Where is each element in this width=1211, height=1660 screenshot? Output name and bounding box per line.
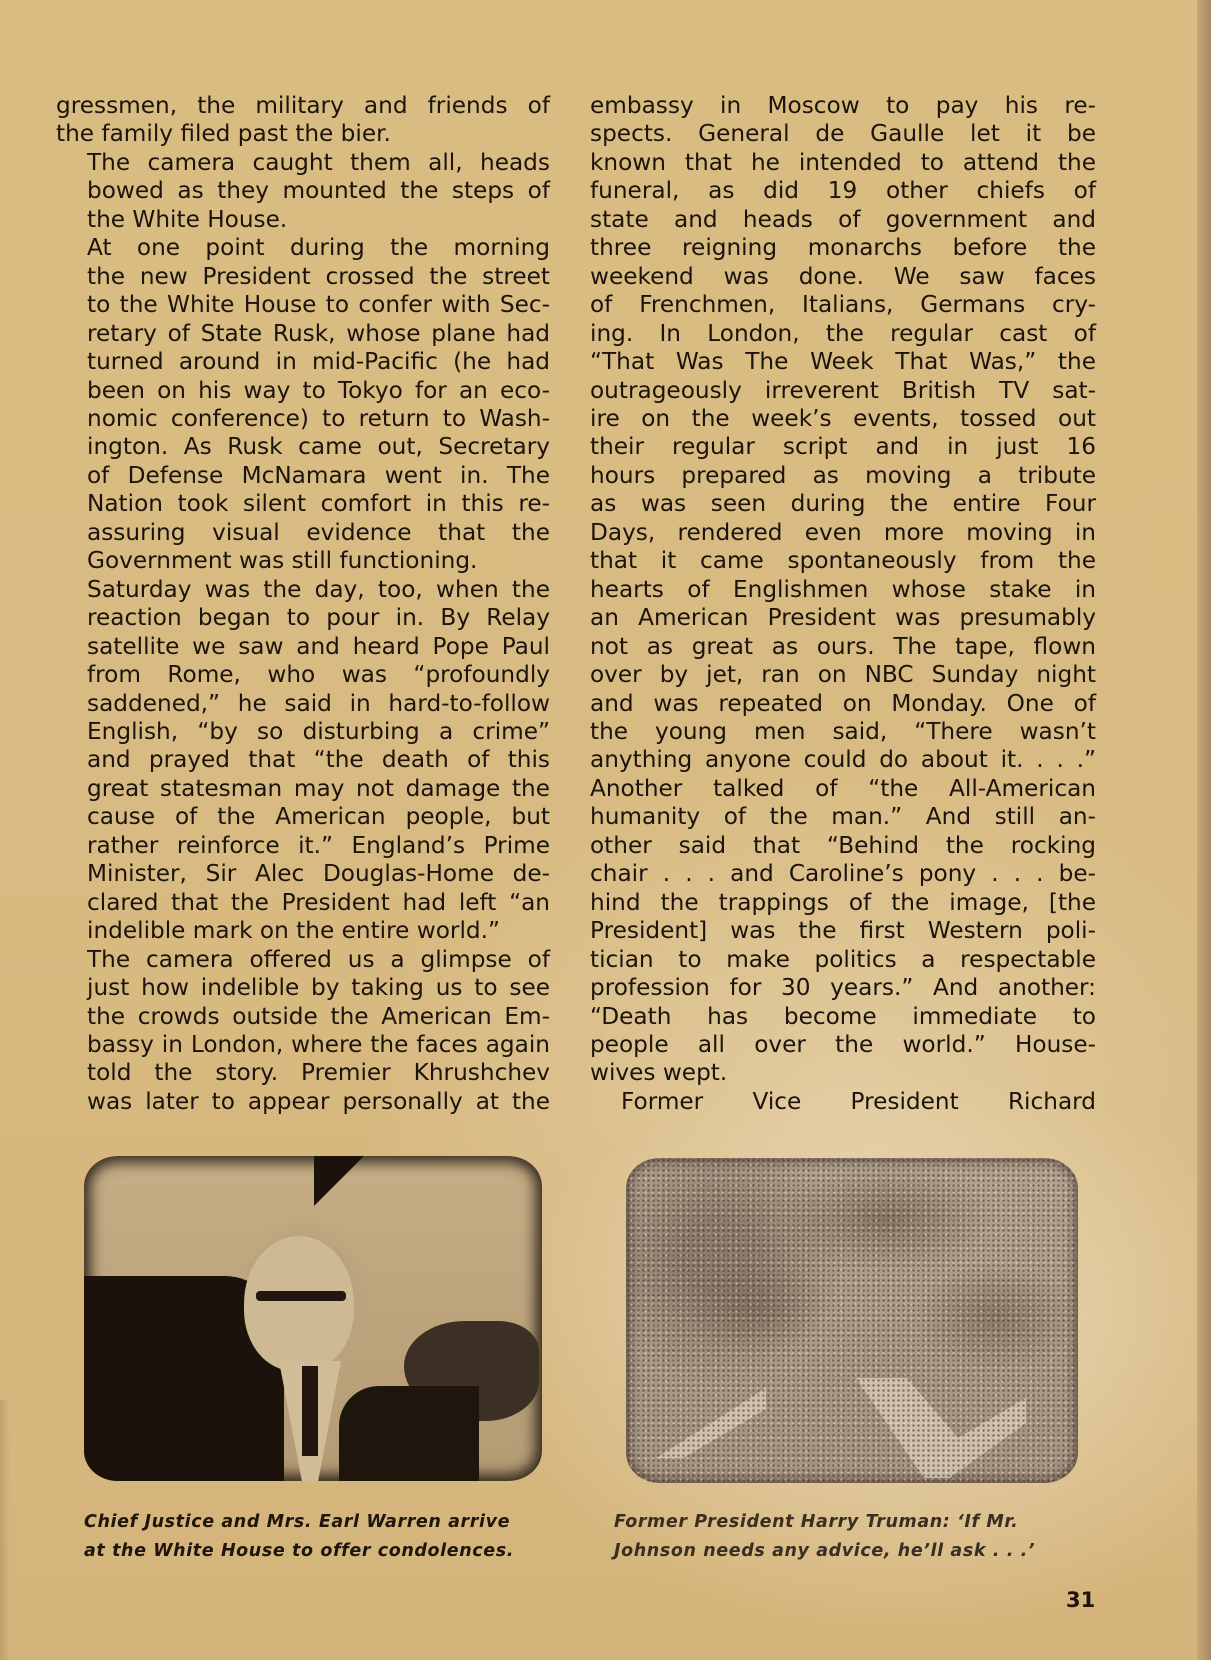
text-line: retary of State Rusk, whose plane had: [56, 320, 550, 348]
text-line: and was repeated on Monday. One of: [590, 690, 1096, 718]
paragraph: Saturday was the day, too, when the reac…: [56, 576, 550, 946]
photo-harry-truman-tv-screen: [626, 1158, 1078, 1483]
text-line: “Death has become immediate to: [590, 1003, 1096, 1031]
text-line: of Frenchmen, Italians, Germans cry-: [590, 291, 1096, 319]
paragraph: Former Vice President Richard: [590, 1088, 1096, 1116]
text-line: of Defense McNamara went in. The: [56, 462, 550, 490]
page-edge-left: [0, 1400, 10, 1660]
text-line: saddened,” he said in hard-to-follow: [56, 690, 550, 718]
text-line: and prayed that “the death of this: [56, 746, 550, 774]
text-line: embassy in Moscow to pay his re-: [590, 92, 1096, 120]
text-line: hind the trappings of the image, [the: [590, 889, 1096, 917]
text-line: assuring visual evidence that the: [56, 519, 550, 547]
text-line: turned around in mid-Pacific (he had: [56, 348, 550, 376]
photo-grain: [626, 1158, 1078, 1483]
text-line: funeral, as did 19 other chiefs of: [590, 177, 1096, 205]
page-edge-right: [1197, 0, 1211, 1660]
right-text-column: embassy in Moscow to pay his re- spects.…: [590, 92, 1096, 1116]
page-number: 31: [1066, 1588, 1095, 1612]
left-text-column: gressmen, the military and friends of th…: [56, 92, 550, 1116]
text-line: cause of the American people, but: [56, 803, 550, 831]
photo-shape: [256, 1291, 346, 1301]
text-line: been on his way to Tokyo for an eco-: [56, 377, 550, 405]
text-line: their regular script and in just 16: [590, 433, 1096, 461]
text-line: humanity of the man.” And still an-: [590, 803, 1096, 831]
text-line: as was seen during the entire Four: [590, 490, 1096, 518]
text-line: from Rome, who was “profoundly: [56, 661, 550, 689]
text-line: an American President was presumably: [590, 604, 1096, 632]
text-line: At one point during the morning: [56, 234, 550, 262]
text-line: the White House.: [56, 206, 550, 234]
text-line: ire on the week’s events, tossed out: [590, 405, 1096, 433]
text-line: Minister, Sir Alec Douglas-Home de-: [56, 860, 550, 888]
text-line: known that he intended to attend the: [590, 149, 1096, 177]
text-line: ington. As Rusk came out, Secretary: [56, 433, 550, 461]
photo-caption-left: Chief Justice and Mrs. Earl Warren arriv…: [84, 1508, 564, 1566]
photo-earl-warren-tv-screen: [84, 1156, 542, 1481]
text-line: “That Was The Week That Was,” the: [590, 348, 1096, 376]
text-line: reaction began to pour in. By Relay: [56, 604, 550, 632]
caption-line: Chief Justice and Mrs. Earl Warren arriv…: [84, 1508, 564, 1537]
text-line: the young men said, “There wasn’t: [590, 718, 1096, 746]
text-line: other said that “Behind the rocking: [590, 832, 1096, 860]
photo-shape: [302, 1366, 318, 1456]
text-line: bowed as they mounted the steps of: [56, 177, 550, 205]
text-line: chair . . . and Caroline’s pony . . . be…: [590, 860, 1096, 888]
caption-line: Johnson needs any advice, he’ll ask . . …: [614, 1537, 1094, 1566]
paragraph: gressmen, the military and friends of th…: [56, 92, 550, 149]
text-line: Saturday was the day, too, when the: [56, 576, 550, 604]
magazine-page: gressmen, the military and friends of th…: [0, 0, 1211, 1660]
photo-shape: [314, 1156, 364, 1206]
text-line: was later to appear personally at the: [56, 1088, 550, 1116]
text-line: Former Vice President Richard: [590, 1088, 1096, 1116]
paragraph: The camera offered us a glimpse of just …: [56, 946, 550, 1117]
text-line: Days, rendered even more moving in: [590, 519, 1096, 547]
text-line: The camera offered us a glimpse of: [56, 946, 550, 974]
caption-line: Former President Harry Truman: ‘If Mr.: [614, 1508, 1094, 1537]
photo-shape: [244, 1236, 354, 1371]
text-line: the crowds outside the American Em-: [56, 1003, 550, 1031]
text-line: spects. General de Gaulle let it be: [590, 120, 1096, 148]
text-line: three reigning monarchs before the: [590, 234, 1096, 262]
text-line: Nation took silent comfort in this re-: [56, 490, 550, 518]
text-line: Another talked of “the All-American: [590, 775, 1096, 803]
text-line: clared that the President had left “an: [56, 889, 550, 917]
text-line: tician to make politics a respectable: [590, 946, 1096, 974]
text-line: President] was the first Western poli-: [590, 917, 1096, 945]
text-line: to the White House to confer with Sec-: [56, 291, 550, 319]
text-line: not as great as ours. The tape, flown: [590, 633, 1096, 661]
text-line: just how indelible by taking us to see: [56, 974, 550, 1002]
text-line: outrageously irreverent British TV sat-: [590, 377, 1096, 405]
text-line: that it came spontaneously from the: [590, 547, 1096, 575]
text-line: Government was still functioning.: [56, 547, 550, 575]
text-line: weekend was done. We saw faces: [590, 263, 1096, 291]
text-line: English, “by so disturbing a crime”: [56, 718, 550, 746]
text-line: great statesman may not damage the: [56, 775, 550, 803]
text-line: told the story. Premier Khrushchev: [56, 1059, 550, 1087]
text-line: wives wept.: [590, 1059, 1096, 1087]
text-line: ing. In London, the regular cast of: [590, 320, 1096, 348]
text-line: profession for 30 years.” And another:: [590, 974, 1096, 1002]
text-line: the family filed past the bier.: [56, 120, 550, 148]
text-line: rather reinforce it.” England’s Prime: [56, 832, 550, 860]
paragraph: embassy in Moscow to pay his re- spects.…: [590, 92, 1096, 1088]
text-line: indelible mark on the entire world.”: [56, 917, 550, 945]
text-line: bassy in London, where the faces again: [56, 1031, 550, 1059]
paragraph: The camera caught them all, heads bowed …: [56, 149, 550, 234]
photo-caption-right: Former President Harry Truman: ‘If Mr. J…: [614, 1508, 1094, 1566]
text-line: over by jet, ran on NBC Sunday night: [590, 661, 1096, 689]
text-line: hearts of Englishmen whose stake in: [590, 576, 1096, 604]
text-line: state and heads of government and: [590, 206, 1096, 234]
text-line: people all over the world.” House-: [590, 1031, 1096, 1059]
photo-shape: [339, 1386, 479, 1481]
text-line: hours prepared as moving a tribute: [590, 462, 1096, 490]
text-line: satellite we saw and heard Pope Paul: [56, 633, 550, 661]
text-line: gressmen, the military and friends of: [56, 92, 550, 120]
text-line: the new President crossed the street: [56, 263, 550, 291]
text-line: anything anyone could do about it. . . .…: [590, 746, 1096, 774]
caption-line: at the White House to offer condolences.: [84, 1537, 564, 1566]
paragraph: At one point during the morning the new …: [56, 234, 550, 575]
text-line: The camera caught them all, heads: [56, 149, 550, 177]
text-line: nomic conference) to return to Wash-: [56, 405, 550, 433]
